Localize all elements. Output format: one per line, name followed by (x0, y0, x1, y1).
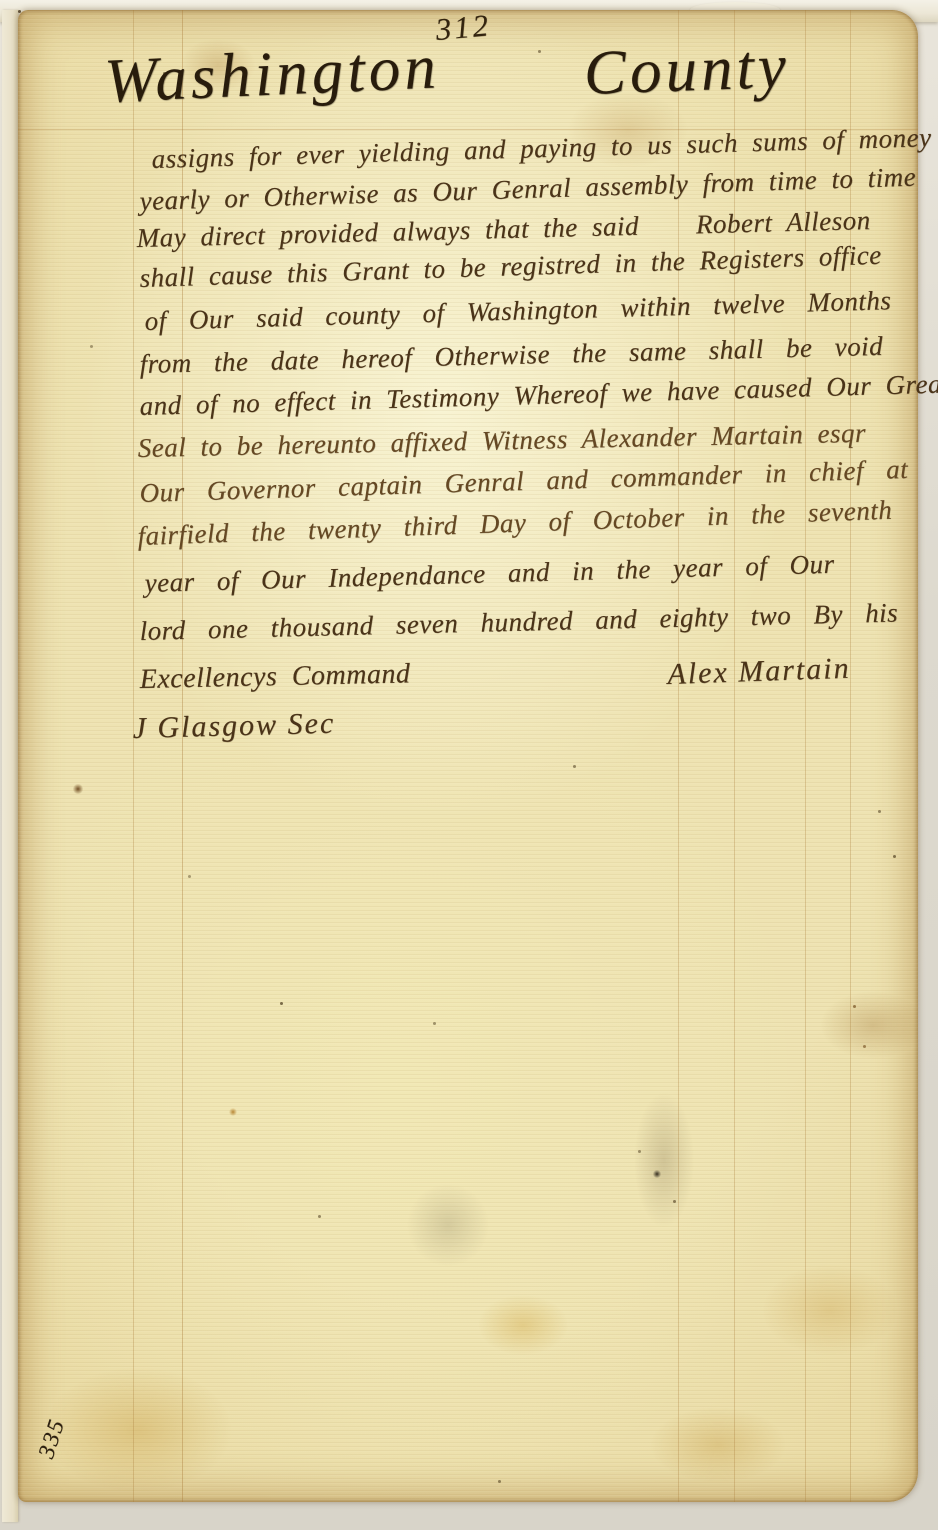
body-line: Seal to be hereunto affixed Witness Alex… (137, 420, 866, 462)
secretary-signature: J Glasgow Sec (132, 709, 335, 744)
manuscript-page: 312 Washington County assigns for ever y… (18, 10, 918, 1502)
body-line: and of no effect in Testimony Whereof we… (139, 370, 938, 420)
margin-folio-number: 335 (34, 1415, 68, 1461)
body-line: year of Our Independance and in the year… (144, 551, 835, 597)
underlying-page-edge-left (2, 10, 18, 1522)
page-number: 312 (434, 9, 492, 45)
ruled-line-vertical (133, 10, 134, 1502)
body-line: of Our said county of Washington within … (144, 287, 891, 335)
header-title-county: County (583, 35, 791, 105)
header-title-washington: Washington (103, 35, 441, 113)
body-line: from the date hereof Otherwise the same … (139, 333, 883, 378)
closing-line: Excellencys Command (139, 660, 410, 694)
governor-signature: Alex Martain (667, 654, 851, 690)
body-line: lord one thousand seven hundred and eigh… (139, 599, 898, 645)
body-line: fairfield the twenty third Day of Octobe… (137, 497, 893, 550)
scanned-manuscript: 312 Washington County assigns for ever y… (0, 0, 938, 1530)
